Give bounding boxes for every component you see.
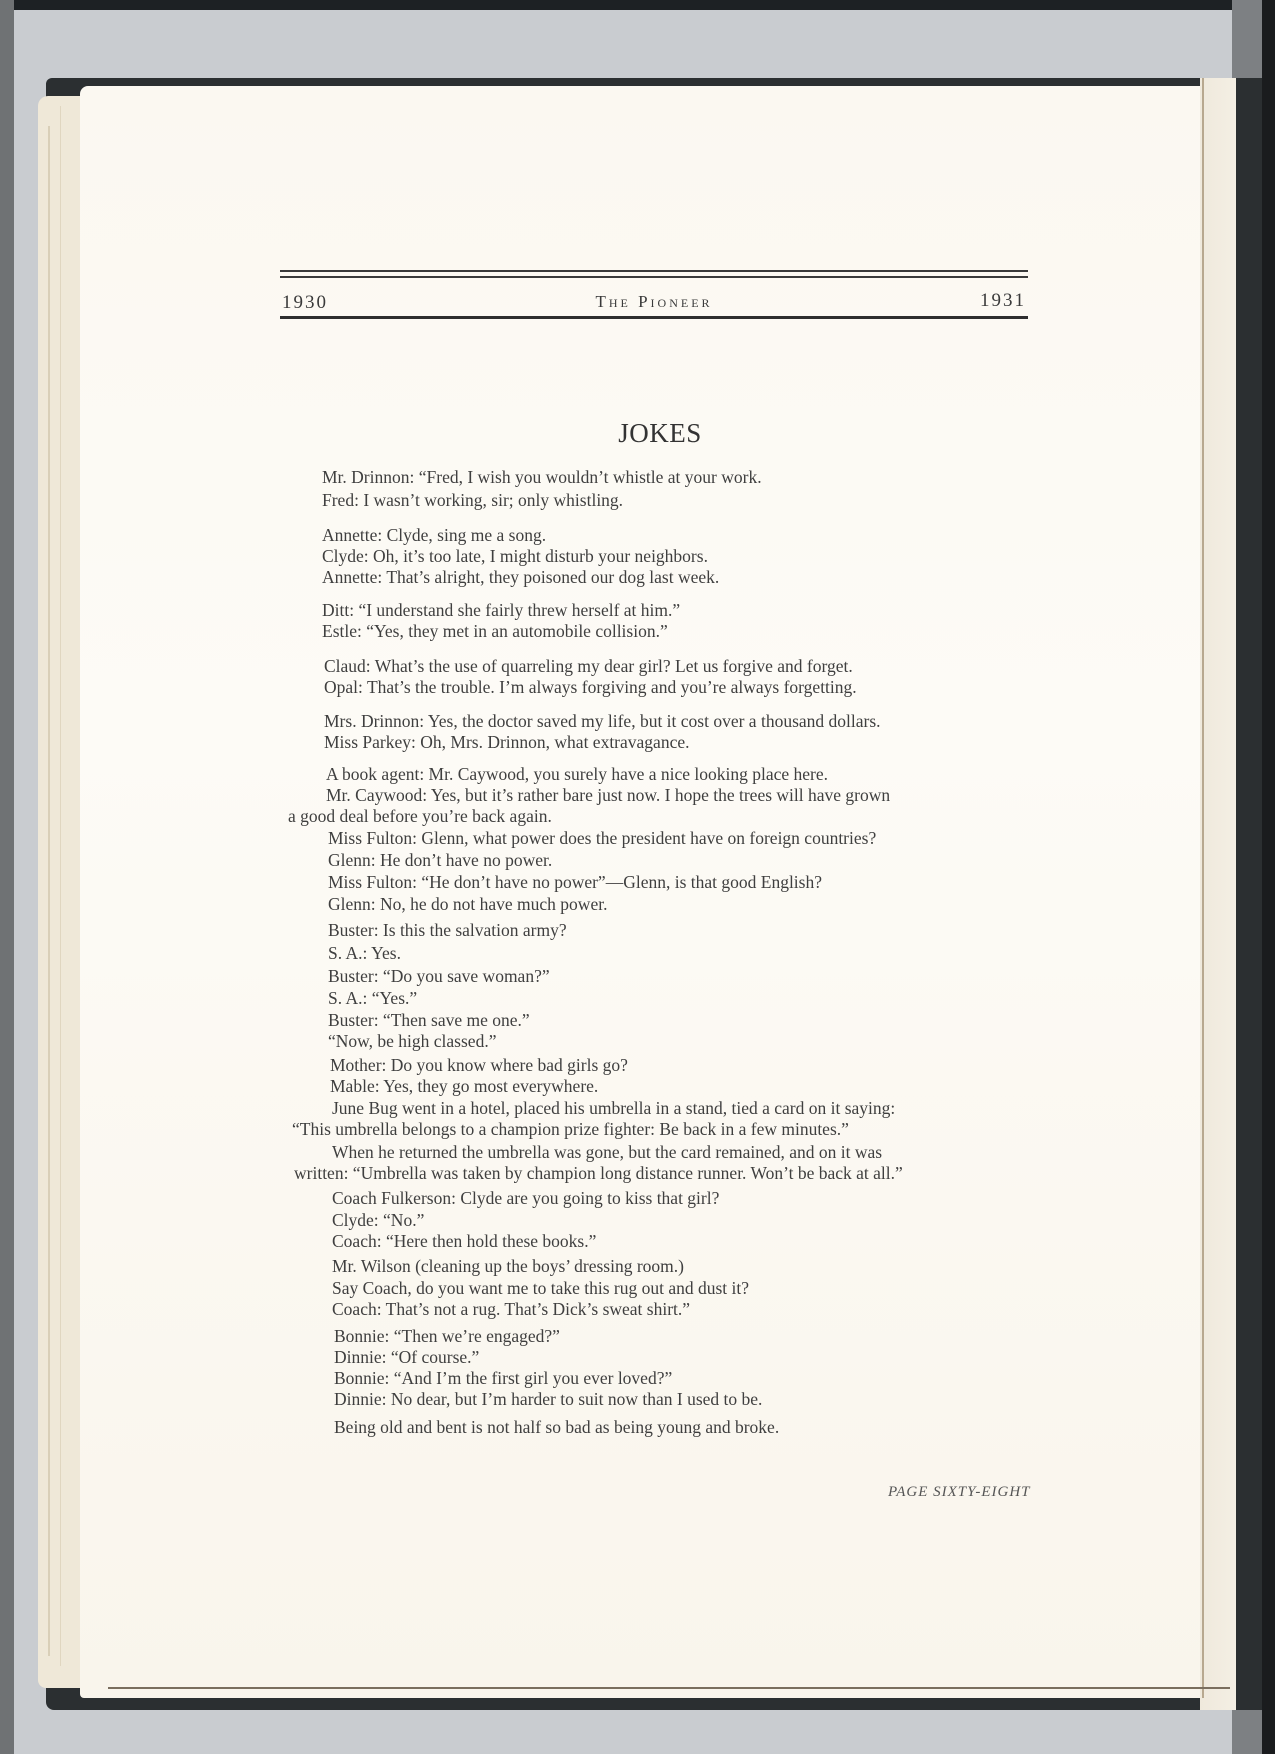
text-line: Say Coach, do you want me to take this r…: [332, 1277, 749, 1299]
text-line: Mr. Caywood: Yes, but it’s rather bare j…: [326, 784, 890, 806]
text-line: A book agent: Mr. Caywood, you surely ha…: [326, 763, 828, 785]
text-line: Clyde: Oh, it’s too late, I might distur…: [322, 545, 708, 567]
text-line: Clyde: “No.”: [332, 1209, 424, 1231]
text-line: Annette: That’s alright, they poisoned o…: [322, 566, 719, 588]
text-line: “Now, be high classed.”: [328, 1030, 496, 1052]
text-line: Dinnie: “Of course.”: [334, 1346, 479, 1368]
text-line: Annette: Clyde, sing me a song.: [322, 524, 546, 546]
text-line: Miss Fulton: “He don’t have no power”—Gl…: [328, 871, 822, 893]
text-line: Miss Parkey: Oh, Mrs. Drinnon, what extr…: [324, 731, 689, 753]
text-line: “This umbrella belongs to a champion pri…: [292, 1118, 849, 1140]
text-line: When he returned the umbrella was gone, …: [332, 1141, 882, 1163]
text-line: Ditt: “I understand she fairly threw her…: [322, 599, 680, 621]
text-line: S. A.: Yes.: [328, 942, 401, 964]
text-line: Mother: Do you know where bad girls go?: [330, 1054, 628, 1076]
page-number-footer: PAGE SIXTY-EIGHT: [888, 1484, 1031, 1501]
text-line: Estle: “Yes, they met in an automobile c…: [322, 620, 668, 642]
text-line: Miss Fulton: Glenn, what power does the …: [328, 827, 876, 849]
text-line: Coach Fulkerson: Clyde are you going to …: [332, 1187, 719, 1209]
text-line: Buster: Is this the salvation army?: [328, 919, 567, 941]
text-line: Buster: “Do you save woman?”: [328, 965, 550, 987]
text-line: Glenn: He don’t have no power.: [328, 849, 552, 871]
text-line: Bonnie: “Then we’re engaged?”: [334, 1325, 560, 1347]
text-line: Opal: That’s the trouble. I’m always for…: [324, 676, 857, 698]
text-line: Mr. Drinnon: “Fred, I wish you wouldn’t …: [322, 466, 762, 488]
text-line: Claud: What’s the use of quarreling my d…: [324, 655, 853, 677]
text-line: a good deal before you’re back again.: [288, 805, 552, 827]
text-line: Coach: That’s not a rug. That’s Dick’s s…: [332, 1298, 690, 1320]
text-line: S. A.: “Yes.”: [328, 987, 417, 1009]
text-line: Dinnie: No dear, but I’m harder to suit …: [334, 1388, 762, 1410]
text-line: June Bug went in a hotel, placed his umb…: [332, 1097, 895, 1119]
text-line: Buster: “Then save me one.”: [328, 1009, 530, 1031]
page-content: JOKES Mr. Drinnon: “Fred, I wish you wou…: [0, 0, 1275, 1754]
text-line: Mr. Wilson (cleaning up the boys’ dressi…: [332, 1255, 684, 1277]
text-line: Coach: “Here then hold these books.”: [332, 1230, 596, 1252]
text-line: Fred: I wasn’t working, sir; only whistl…: [322, 489, 623, 511]
text-line: Mable: Yes, they go most everywhere.: [330, 1075, 598, 1097]
text-line: Glenn: No, he do not have much power.: [328, 893, 607, 915]
text-line: Being old and bent is not half so bad as…: [334, 1416, 779, 1438]
text-line: written: “Umbrella was taken by champion…: [294, 1162, 903, 1184]
text-line: Bonnie: “And I’m the first girl you ever…: [334, 1367, 672, 1389]
page-title: JOKES: [0, 418, 1275, 449]
text-line: Mrs. Drinnon: Yes, the doctor saved my l…: [324, 710, 881, 732]
